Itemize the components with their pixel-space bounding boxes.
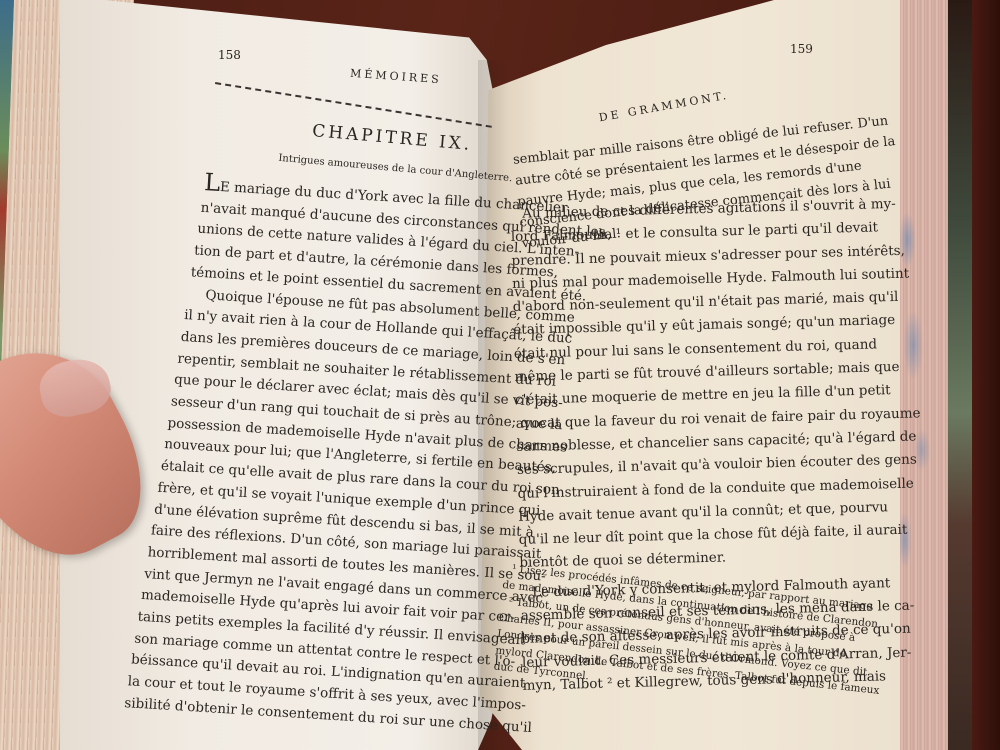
dropcap: L xyxy=(204,168,222,197)
book-board-edge xyxy=(972,0,1000,750)
left-folio: 158 xyxy=(218,48,241,62)
right-folio: 159 xyxy=(790,42,813,56)
